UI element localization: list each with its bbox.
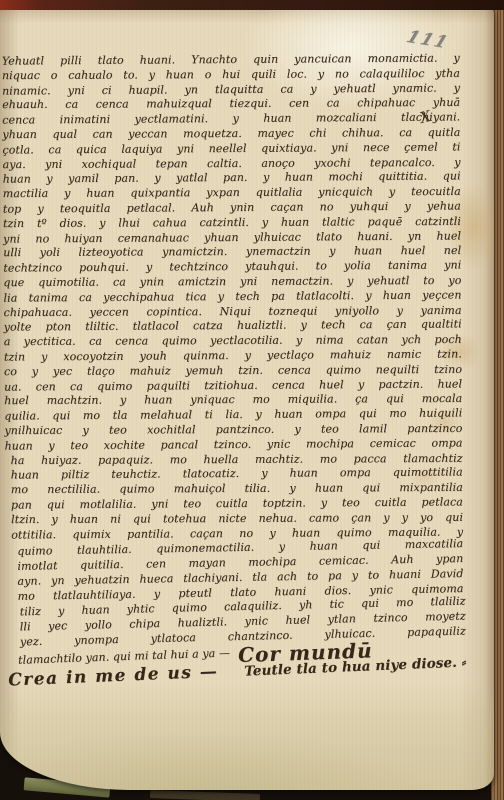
text-line: que quimotilia. ca ynin amictzin yni nem… bbox=[3, 274, 461, 291]
text-line: ha huiyaz. papaquiz. mo huella machtiz. … bbox=[11, 451, 463, 468]
manuscript-lines: Yehuatl pilli tlato huani. Ynachto quin … bbox=[2, 51, 464, 646]
manuscript-text-block: Yehuatl pilli tlato huani. Ynachto quin … bbox=[2, 51, 464, 681]
text-line: mo nectililia. quimo mahuiçol tilia. y h… bbox=[11, 481, 463, 498]
text-line: ynilhuicac y teo xochitlal pantzinco. y … bbox=[4, 422, 462, 439]
text-line: aya. yni xochiqual tepan caltia. anoço y… bbox=[3, 155, 461, 172]
text-line: chipahuaca. yeccen copintica. Niqui tozn… bbox=[4, 303, 462, 320]
text-line: ehuauh. ca cenca mahuizqual tiezqui. cen… bbox=[2, 96, 460, 113]
folio-number: 111 bbox=[403, 27, 451, 53]
book-binding-top-edge bbox=[0, 0, 504, 10]
text-line: ulli yoli lizteoyotica ynamictzin. ynema… bbox=[3, 244, 461, 261]
binding-strap bbox=[150, 790, 260, 800]
text-line: mactilia y huan quixpantia yxpan quitlal… bbox=[3, 185, 461, 202]
closing-latin-text: Crea in me de us — bbox=[8, 664, 219, 688]
text-line: co y yec tlaço mahuiz yemuh tzin. cenca … bbox=[4, 363, 462, 380]
text-line: huel machtzin. y huan yniquac mo miquili… bbox=[4, 392, 462, 409]
text-line: a yectitica. ca cenca quimo yectlacotili… bbox=[4, 333, 462, 350]
text-line: tzin tº dios. y lhui cahua catzintli. y … bbox=[3, 215, 461, 232]
text-line: niquac o cahualo to. y huan o hui quili … bbox=[2, 67, 460, 84]
manuscript-page: 111 X Yehuatl pilli tlato huani. Ynachto… bbox=[0, 8, 494, 790]
text-line: yhuan qual can yeccan moquetza. mayec ch… bbox=[2, 126, 460, 143]
text-line: ltzin. y huan ni qui totehua nicte nehua… bbox=[11, 511, 463, 528]
